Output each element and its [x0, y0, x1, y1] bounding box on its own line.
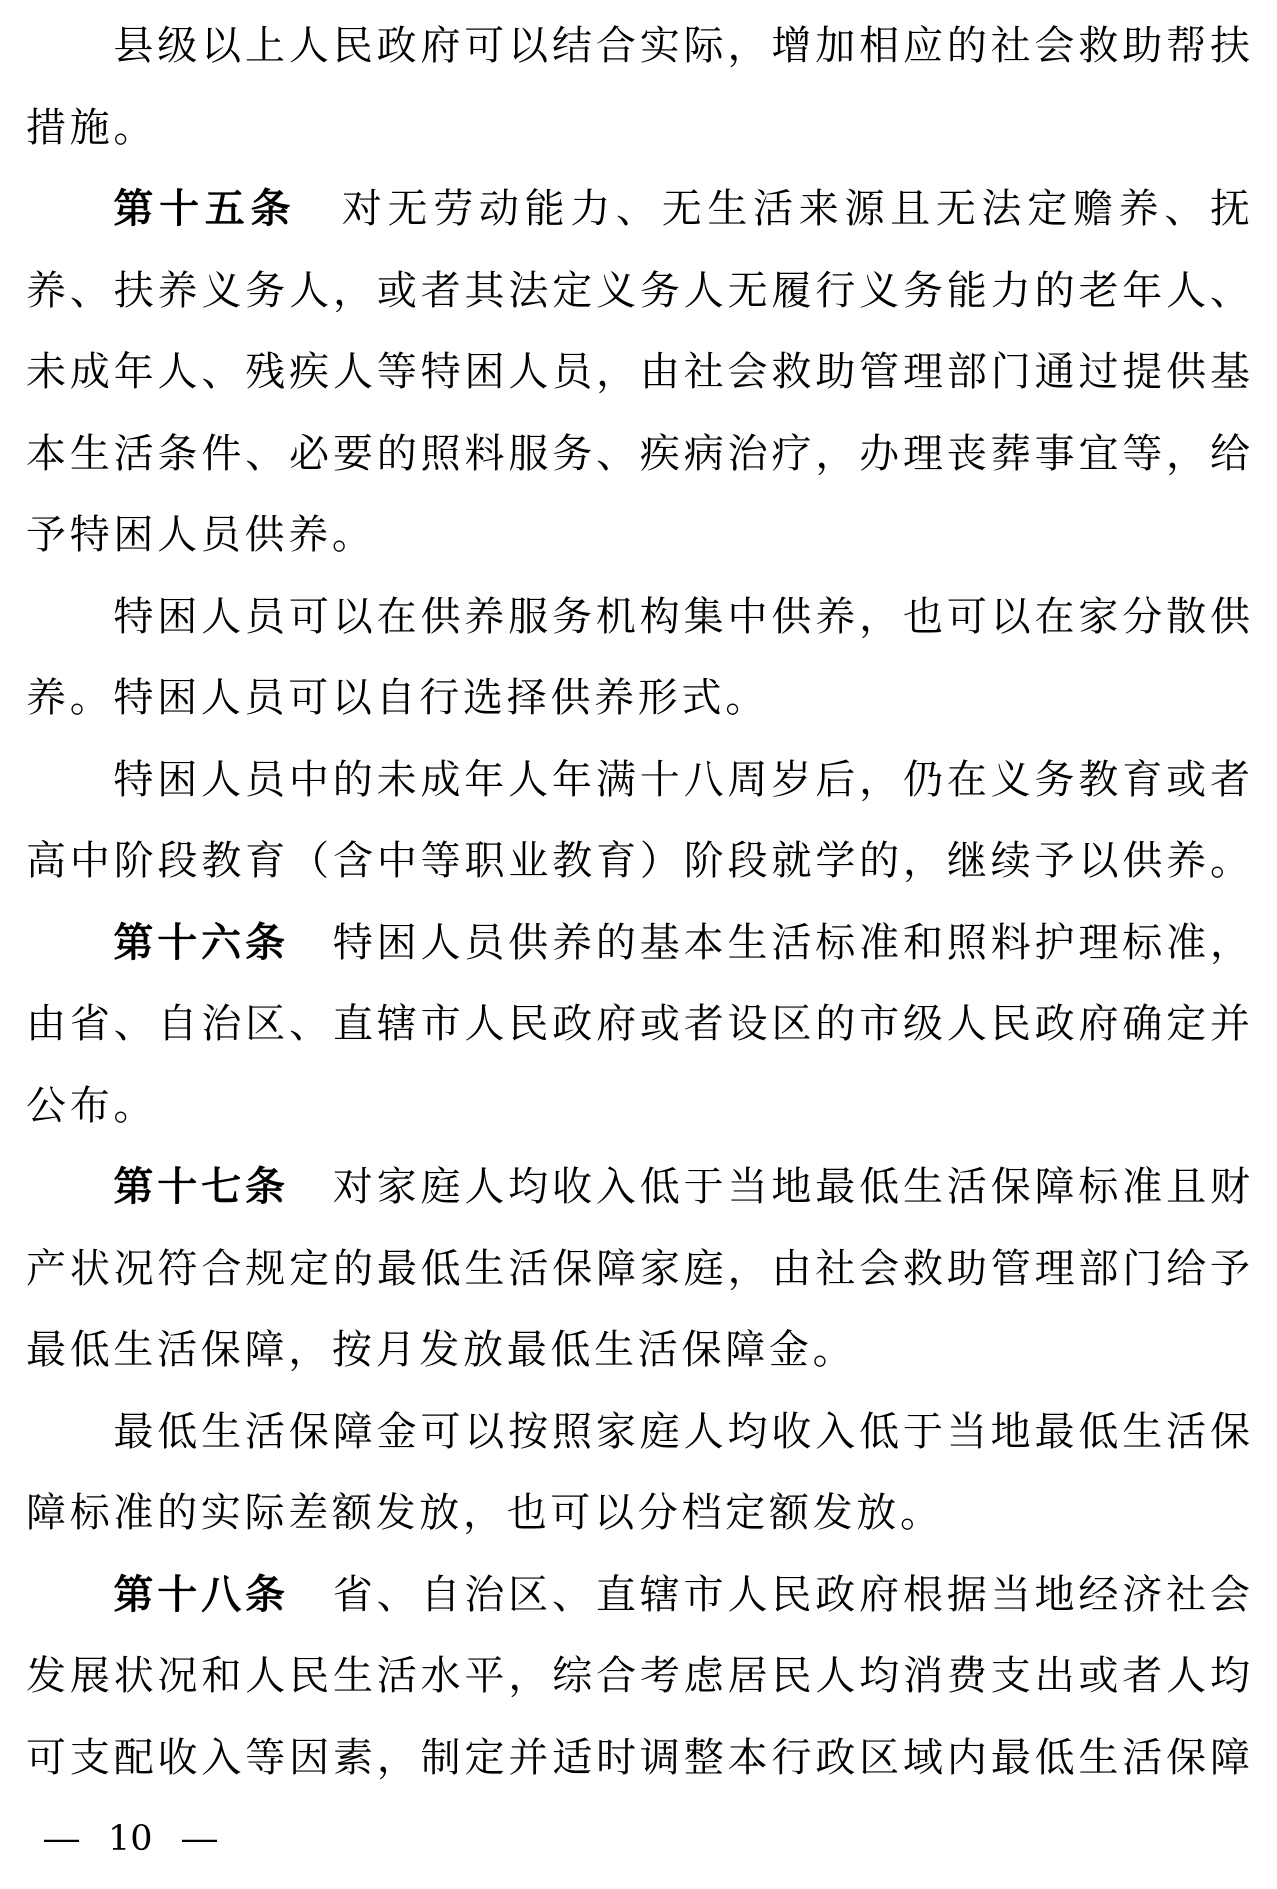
text-line: 可支配收入等因素，制定并适时调整本行政区域内最低生活保障 [26, 1718, 1250, 1800]
text-line: 第十六条 特困人员供养的基本生活标准和照料护理标准， [26, 903, 1250, 985]
text-line: 第十八条 省、自治区、直辖市人民政府根据当地经济社会 [26, 1555, 1250, 1637]
article-number: 第十七条 [113, 1164, 288, 1210]
text-line: 发展状况和人民生活水平，综合考虑居民人均消费支出或者人均 [26, 1636, 1250, 1718]
text-line: 未成年人、残疾人等特困人员，由社会救助管理部门通过提供基 [26, 332, 1250, 414]
text-line: 本生活条件、必要的照料服务、疾病治疗，办理丧葬事宜等，给 [26, 414, 1250, 496]
text-line: 县级以上人民政府可以结合实际，增加相应的社会救助帮扶 [26, 6, 1250, 88]
document-body: 县级以上人民政府可以结合实际，增加相应的社会救助帮扶措施。第十五条 对无劳动能力… [26, 0, 1250, 1799]
document-page: { "document": { "lines": [ { "indent": t… [0, 0, 1277, 1889]
text-line: 特困人员中的未成年人年满十八周岁后，仍在义务教育或者 [26, 740, 1250, 822]
text-line: 公布。 [26, 1066, 1250, 1148]
text-line: 特困人员可以在供养服务机构集中供养，也可以在家分散供 [26, 577, 1250, 659]
article-number: 第十五条 [113, 186, 296, 232]
text-line: 由省、自治区、直辖市人民政府或者设区的市级人民政府确定并 [26, 984, 1250, 1066]
text-line: 第十五条 对无劳动能力、无生活来源且无法定赡养、抚 [26, 169, 1250, 251]
text-line: 高中阶段教育（含中等职业教育）阶段就学的，继续予以供养。 [26, 821, 1250, 903]
article-number: 第十八条 [113, 1572, 288, 1618]
footer-left-dash: — [42, 1818, 81, 1860]
text-line: 最低生活保障金可以按照家庭人均收入低于当地最低生活保 [26, 1392, 1250, 1474]
text-line: 养、扶养义务人，或者其法定义务人无履行义务能力的老年人、 [26, 251, 1250, 333]
footer-right-dash: — [180, 1818, 219, 1860]
text-line: 最低生活保障，按月发放最低生活保障金。 [26, 1310, 1250, 1392]
page-footer: — 10 — [44, 1818, 217, 1860]
text-line: 产状况符合规定的最低生活保障家庭，由社会救助管理部门给予 [26, 1229, 1250, 1311]
text-line: 第十七条 对家庭人均收入低于当地最低生活保障标准且财 [26, 1147, 1250, 1229]
text-line: 予特困人员供养。 [26, 495, 1250, 577]
text-line: 养。特困人员可以自行选择供养形式。 [26, 658, 1250, 740]
page-number: 10 [108, 1818, 153, 1860]
text-line: 障标准的实际差额发放，也可以分档定额发放。 [26, 1473, 1250, 1555]
text-line: 措施。 [26, 88, 1250, 170]
article-number: 第十六条 [113, 920, 288, 966]
